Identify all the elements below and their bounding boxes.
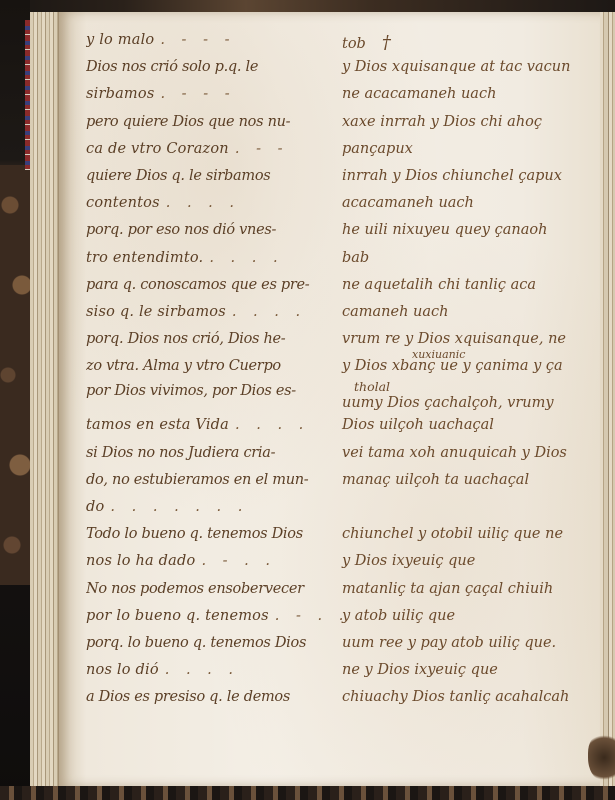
spanish-text: porq. por eso nos dió vnes- xyxy=(86,222,342,238)
text-row: porq. Dios nos crió, Dios he- vrum re y … xyxy=(72,325,612,352)
text-row: uumy Dios çachalçoh, vrumy xyxy=(72,395,612,411)
spanish-text: y lo malo. - - - xyxy=(86,32,342,48)
kiche-text: ne acacamaneh uach xyxy=(342,86,615,102)
kiche-text: vei tama xoh anuquicah y Dios xyxy=(342,445,615,461)
kiche-text: inrrah y Dios chiunchel çapux xyxy=(342,168,615,184)
spanish-text: Dios nos crió solo p.q. le xyxy=(86,59,342,75)
kiche-text: camaneh uach xyxy=(342,304,615,320)
cross-mark: † xyxy=(382,32,391,53)
kiche-text: xaxe inrrah y Dios chi ahoç xyxy=(342,114,615,130)
book-cover-top xyxy=(0,0,615,12)
kiche-text: he uili nixuyeu quey çanaoh xyxy=(342,222,615,238)
text-row: Dios nos crió solo p.q. le y Dios xquisa… xyxy=(72,53,612,80)
spanish-text: tamos en esta Vida. . . . xyxy=(86,417,342,433)
spanish-text: tro entendimto.. . . . xyxy=(86,250,342,266)
spanish-text: do. . . . . . . xyxy=(86,499,342,515)
spanish-text: pero quiere Dios que nos nu- xyxy=(86,114,342,130)
spanish-text: para q. conoscamos que es pre- xyxy=(86,277,342,293)
kiche-text: y Dios xquisanque at tac vacun xyxy=(342,59,615,75)
kiche-text: xuxiuanic y Dios xbanç ue y çanima y ça xyxy=(342,358,615,374)
kiche-text: y Dios ixyeuiç que xyxy=(342,553,615,569)
text-row: ca de vtro Corazon. - - pançapux xyxy=(72,135,612,162)
text-row: zo vtra. Alma y vtro Cuerpo xuxiuanic y … xyxy=(72,352,612,379)
text-row: No nos podemos ensobervecer matanliç ta … xyxy=(72,575,612,602)
text-row: tro entendimto.. . . . bab xyxy=(72,244,612,271)
spanish-text: zo vtra. Alma y vtro Cuerpo xyxy=(86,358,342,374)
text-row: do. . . . . . . xyxy=(72,493,612,520)
kiche-text: acacamaneh uach xyxy=(342,195,615,211)
spanish-text: sirbamos. - - - xyxy=(86,86,342,102)
spanish-text: nos lo ha dado. - . . xyxy=(86,553,342,569)
text-row: Todo lo bueno q. tenemos Dios chiunchel … xyxy=(72,520,612,547)
text-row: sirbamos. - - - ne acacamaneh uach xyxy=(72,80,612,107)
text-row: porq. lo bueno q. tenemos Dios uum ree y… xyxy=(72,629,612,656)
kiche-text: matanliç ta ajan çaçal chiuih xyxy=(342,581,615,597)
text-row: por Dios vivimos, por Dios es- tholal xyxy=(72,379,612,395)
text-row: para q. conoscamos que es pre- ne aqueta… xyxy=(72,271,612,298)
interlinear-correction: xuxiuanic xyxy=(412,348,465,361)
kiche-text: vrum re y Dios xquisanque, ne xyxy=(342,331,615,347)
text-row: contentos. . . . acacamaneh uach xyxy=(72,189,612,216)
book-cover-bottom xyxy=(0,786,615,800)
kiche-text: pançapux xyxy=(342,141,615,157)
kiche-text: ne y Dios ixyeuiç que xyxy=(342,662,615,678)
spanish-text: porq. Dios nos crió, Dios he- xyxy=(86,331,342,347)
kiche-text: tob† xyxy=(342,32,615,53)
text-row: nos lo ha dado. - . . y Dios ixyeuiç que xyxy=(72,547,612,574)
kiche-text: manaç uilçoh ta uachaçal xyxy=(342,472,615,488)
kiche-text: y atob uiliç que xyxy=(342,608,615,624)
manuscript-text: y lo malo. - - - tob† Dios nos crió solo… xyxy=(72,26,612,711)
text-row: do, no estubieramos en el mun- manaç uil… xyxy=(72,466,612,493)
text-row: siso q. le sirbamos. . . . camaneh uach xyxy=(72,298,612,325)
text-row: tamos en esta Vida. . . . Dios uilçoh ua… xyxy=(72,411,612,438)
spanish-text: por lo bueno q. tenemos. - . . xyxy=(86,608,342,624)
kiche-text: bab xyxy=(342,250,615,266)
kiche-text: ne aquetalih chi tanliç aca xyxy=(342,277,615,293)
text-row: nos lo dió. . . . ne y Dios ixyeuiç que xyxy=(72,656,612,683)
text-row: y lo malo. - - - tob† xyxy=(72,26,612,53)
kiche-text: uumy Dios çachalçoh, vrumy xyxy=(342,395,615,411)
spanish-text: porq. lo bueno q. tenemos Dios xyxy=(86,635,342,651)
text-row: porq. por eso nos dió vnes- he uili nixu… xyxy=(72,216,612,243)
text-row: quiere Dios q. le sirbamos inrrah y Dios… xyxy=(72,162,612,189)
spanish-text: Todo lo bueno q. tenemos Dios xyxy=(86,526,342,542)
kiche-text: chiunchel y otobil uiliç que ne xyxy=(342,526,615,542)
text-row: a Dios es presiso q. le demos chiuachy D… xyxy=(72,683,612,710)
text-row: si Dios no nos Judiera cria- vei tama xo… xyxy=(72,439,612,466)
spanish-text: do, no estubieramos en el mun- xyxy=(86,472,342,488)
kiche-text: uum ree y pay atob uiliç que. xyxy=(342,635,615,651)
text-row: por lo bueno q. tenemos. - . . y atob ui… xyxy=(72,602,612,629)
spanish-text: ca de vtro Corazon. - - xyxy=(86,141,342,157)
kiche-text: chiuachy Dios tanliç acahalcah xyxy=(342,689,615,705)
kiche-text: tholal xyxy=(354,379,615,394)
spanish-text: No nos podemos ensobervecer xyxy=(86,581,342,597)
text-row: pero quiere Dios que nos nu- xaxe inrrah… xyxy=(72,108,612,135)
ink-stain xyxy=(588,735,615,780)
spanish-text: siso q. le sirbamos. . . . xyxy=(86,304,342,320)
spanish-text: a Dios es presiso q. le demos xyxy=(86,689,342,705)
spanish-text: si Dios no nos Judiera cria- xyxy=(86,445,342,461)
kiche-text: Dios uilçoh uachaçal xyxy=(342,417,615,433)
spanish-text: contentos. . . . xyxy=(86,195,342,211)
spanish-text: quiere Dios q. le sirbamos xyxy=(86,168,342,184)
marbled-endpaper xyxy=(0,165,30,585)
spanish-text: nos lo dió. . . . xyxy=(86,662,342,678)
